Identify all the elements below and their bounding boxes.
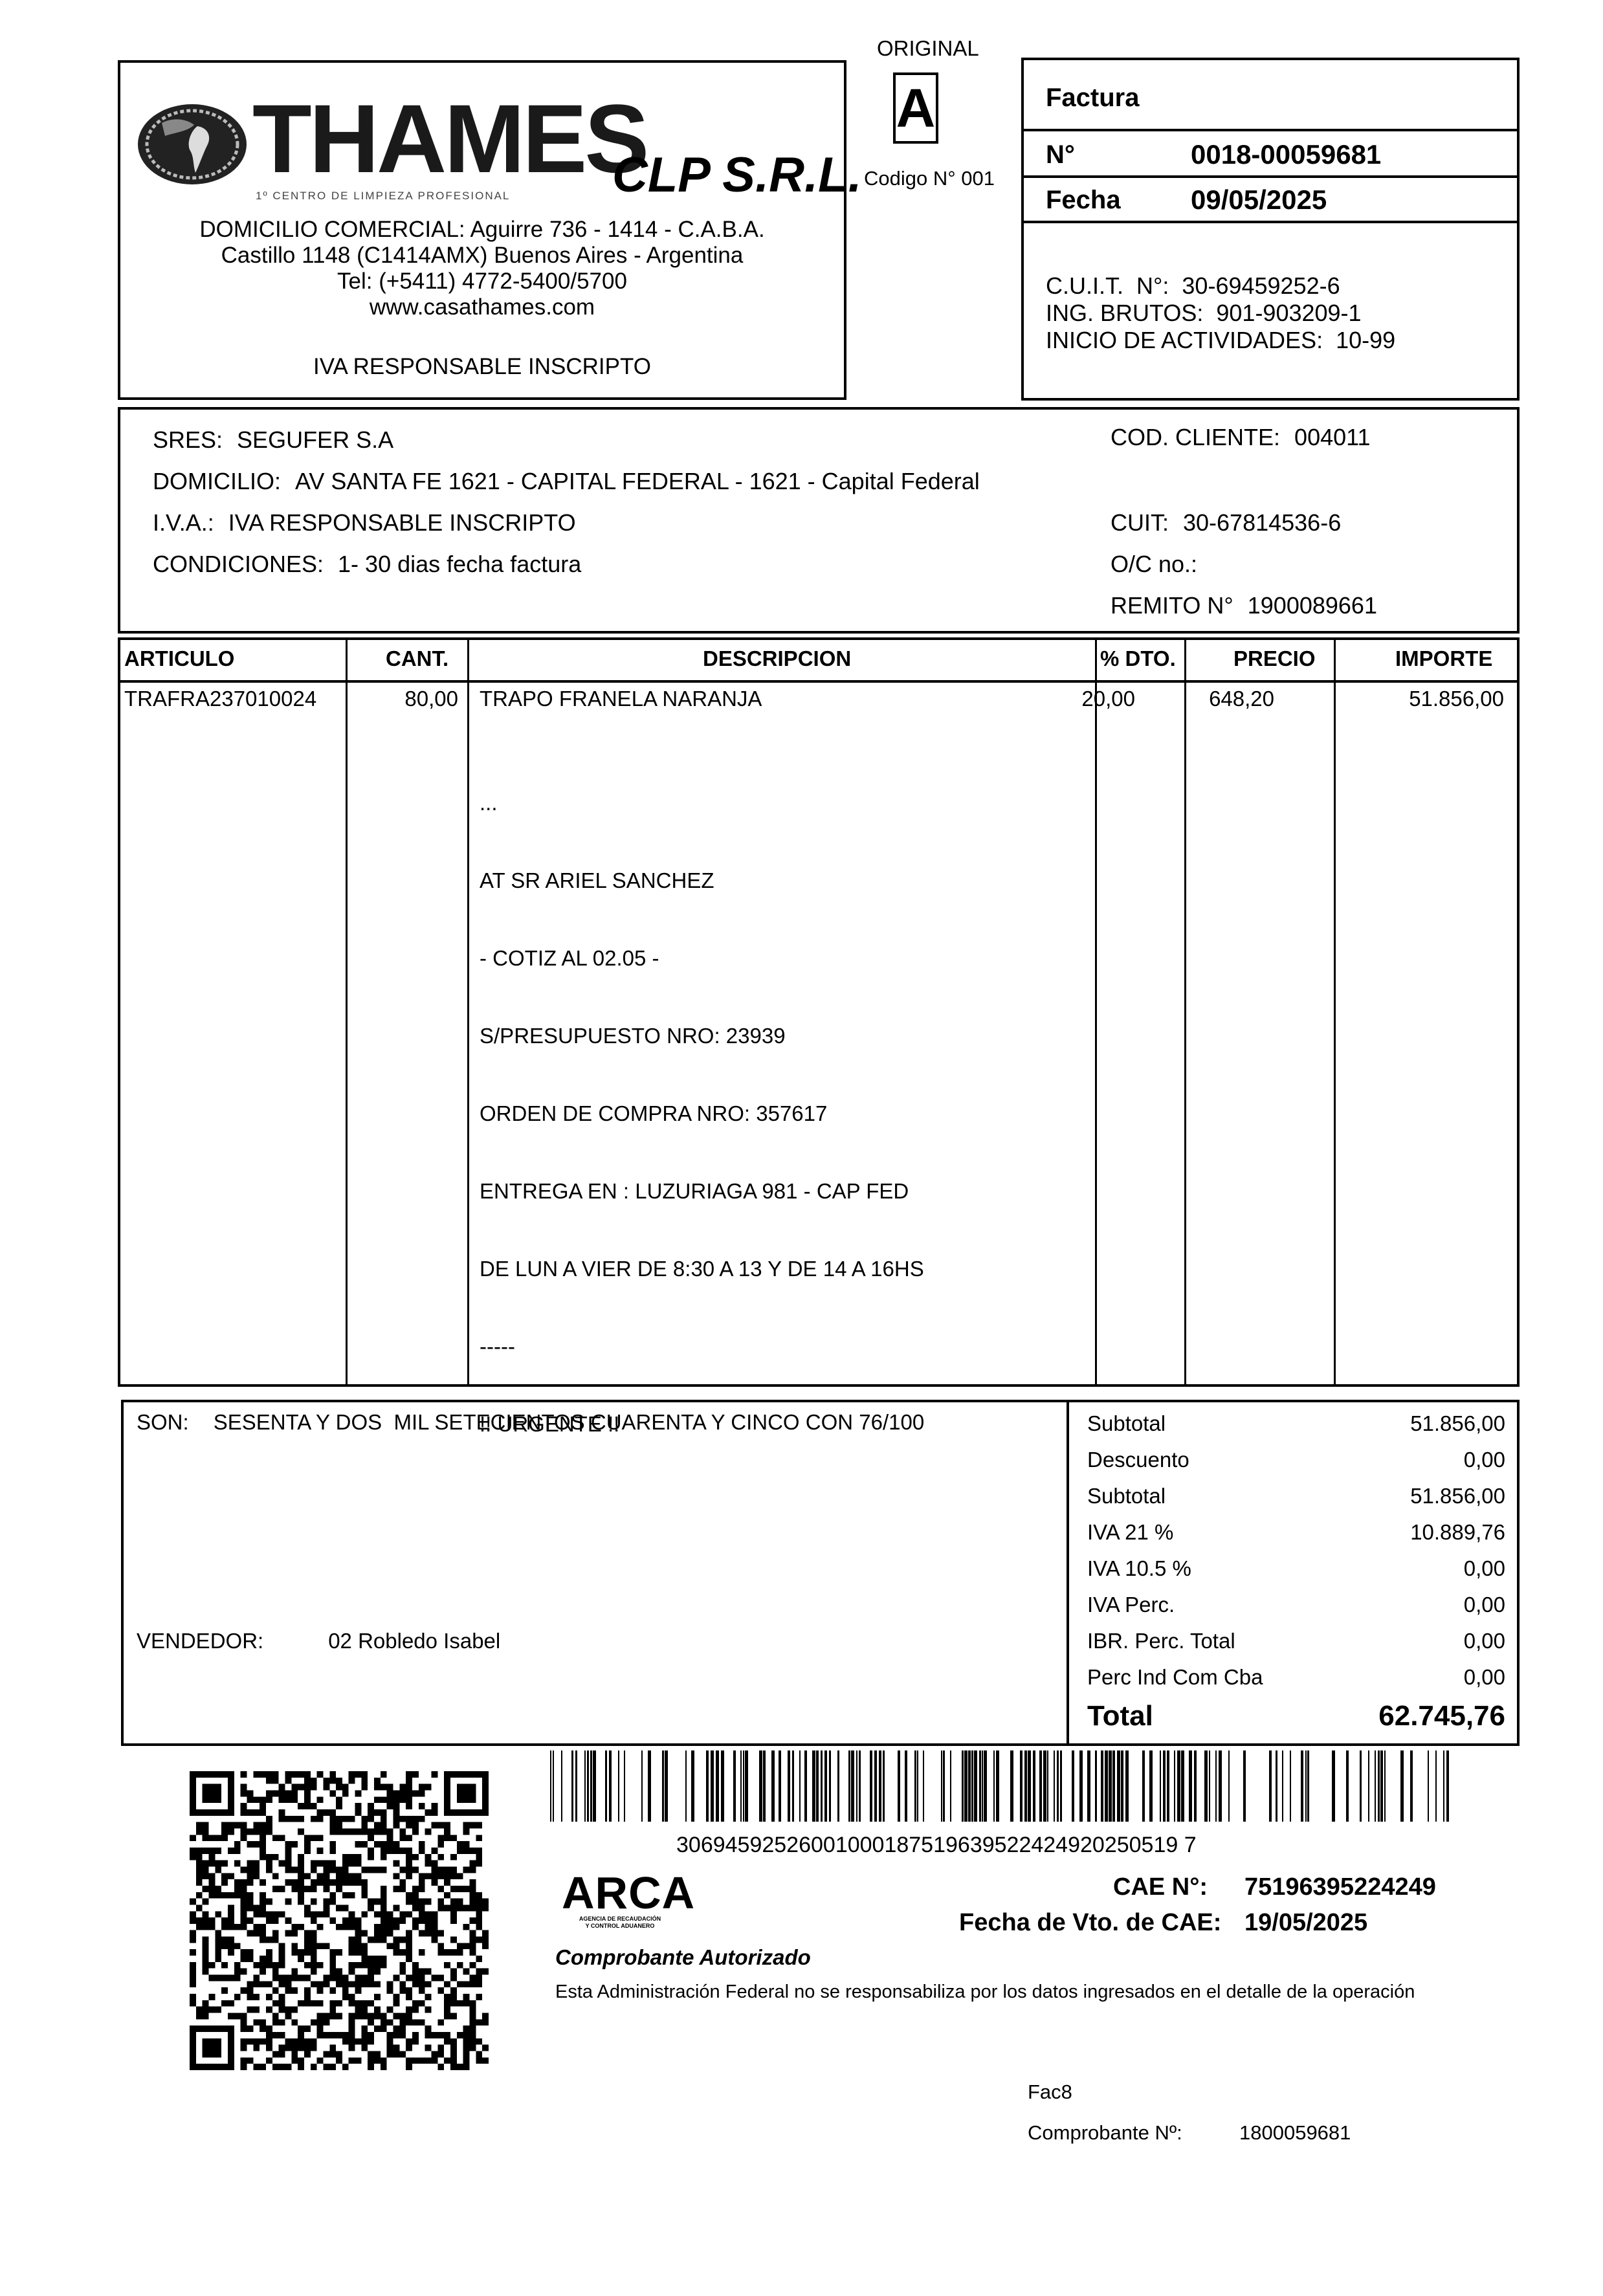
client-code-label: COD. CLIENTE: (1111, 424, 1280, 450)
item-descripcion: TRAPO FRANELA NARANJA (480, 687, 762, 711)
client-iva: IVA RESPONSABLE INSCRIPTO (228, 509, 576, 536)
column-header-cantidad: CANT. (386, 646, 448, 671)
invoice-letter-box: A (893, 72, 938, 144)
client-conditions: 1- 30 dias fecha factura (338, 551, 581, 577)
amount-in-words: SESENTA Y DOS MIL SETECIENTOS CUARENTA Y… (214, 1410, 925, 1434)
invoice-type-row: Factura (1024, 60, 1517, 131)
totals-label: Subtotal (1087, 1411, 1166, 1436)
seller-row: VENDEDOR:02 Robledo Isabel (137, 1629, 500, 1653)
amount-in-words-label: SON: (137, 1410, 189, 1434)
note-line: ----- (480, 1334, 924, 1360)
totals-value: 0,00 (1464, 1593, 1505, 1617)
totals-row: IBR. Perc. Total0,00 (1087, 1629, 1505, 1653)
totals-value: 0,00 (1464, 1665, 1505, 1690)
client-iva-row: I.V.A.:IVA RESPONSABLE INSCRIPTO (153, 509, 576, 536)
cae-number: 75196395224249 (1244, 1873, 1436, 1901)
grand-total-row: Total62.745,76 (1087, 1700, 1505, 1732)
client-box: SRES:SEGUFER S.A DOMICILIO:AV SANTA FE 1… (118, 407, 1520, 634)
grand-total-label: Total (1087, 1700, 1153, 1732)
company-box: THAMES 1º CENTRO DE LIMPIEZA PROFESIONAL… (118, 60, 846, 400)
totals-box: Subtotal51.856,00 Descuento0,00 Subtotal… (1067, 1400, 1520, 1746)
note-line: ENTREGA EN : LUZURIAGA 981 - CAP FED (480, 1178, 924, 1204)
thames-logo: THAMES 1º CENTRO DE LIMPIEZA PROFESIONAL (136, 94, 576, 197)
totals-label: IVA 21 % (1087, 1520, 1173, 1545)
totals-row: IVA Perc.0,00 (1087, 1593, 1505, 1617)
totals-value: 10.889,76 (1410, 1520, 1505, 1545)
client-code-row: COD. CLIENTE:004011 (1111, 424, 1371, 451)
totals-row: IVA 21 %10.889,76 (1087, 1520, 1505, 1545)
inicio-actividades-line: INICIO DE ACTIVIDADES: 10-99 (1046, 327, 1395, 354)
totals-value: 0,00 (1464, 1556, 1505, 1581)
disclaimer: Esta Administración Federal no se respon… (555, 1981, 1415, 2003)
client-cuit: 30-67814536-6 (1183, 509, 1341, 536)
client-conditions-label: CONDICIONES: (153, 551, 324, 577)
client-cuit-label: CUIT: (1111, 509, 1169, 536)
company-name: CLP S.R.L. (612, 147, 862, 203)
invoice-date-label: Fecha (1046, 186, 1121, 215)
arca-logo: ARCA AGENCIA DE RECAUDACIÓN Y CONTROL AD… (562, 1870, 695, 1930)
client-name: SEGUFER S.A (237, 426, 393, 453)
invoice-number: 0018-00059681 (1191, 139, 1381, 170)
totals-label: Subtotal (1087, 1484, 1166, 1508)
note-line: S/PRESUPUESTO NRO: 23939 (480, 1023, 924, 1049)
totals-row: Subtotal51.856,00 (1087, 1411, 1505, 1436)
note-line: ... (480, 790, 924, 816)
totals-label: Perc Ind Com Cba (1087, 1665, 1263, 1690)
client-iva-label: I.V.A.: (153, 509, 214, 536)
client-code: 004011 (1294, 424, 1370, 450)
column-header-articulo: ARTICULO (124, 646, 234, 671)
ing-brutos-line: ING. BRUTOS: 901-903209-1 (1046, 300, 1395, 327)
client-name-label: SRES: (153, 426, 223, 453)
column-header-precio: PRECIO (1233, 646, 1316, 671)
barcode-icon (550, 1750, 1450, 1822)
column-header-descuento: % DTO. (1100, 646, 1176, 671)
grand-total: 62.745,76 (1378, 1700, 1505, 1732)
barcode-number: 3069459252600100018751963952242492025051… (676, 1833, 1197, 1858)
company-address: DOMICILIO COMERCIAL: Aguirre 736 - 1414 … (120, 217, 844, 320)
arca-subtitle: Y CONTROL ADUANERO (562, 1923, 678, 1930)
comprobante-label: Comprobante Nº: (1028, 2121, 1182, 2145)
note-line: DE LUN A VIER DE 8:30 A 13 Y DE 14 A 16H… (480, 1256, 924, 1282)
totals-label: IBR. Perc. Total (1087, 1629, 1235, 1653)
company-website: www.casathames.com (120, 294, 844, 320)
totals-label: IVA Perc. (1087, 1593, 1175, 1617)
note-line: - COTIZ AL 02.05 - (480, 945, 924, 971)
item-precio: 648,20 (1209, 687, 1274, 711)
client-cuit-row: CUIT:30-67814536-6 (1111, 509, 1341, 536)
invoice-number-row: N° 0018-00059681 (1024, 131, 1517, 178)
totals-row: Descuento0,00 (1087, 1448, 1505, 1472)
company-address-line: Castillo 1148 (C1414AMX) Buenos Aires - … (120, 243, 844, 269)
invoice-number-label: N° (1046, 140, 1075, 170)
items-table: ARTICULO CANT. DESCRIPCION % DTO. PRECIO… (118, 637, 1520, 1387)
totals-label: IVA 10.5 % (1087, 1556, 1191, 1581)
arca-subtitle: AGENCIA DE RECAUDACIÓN (562, 1915, 678, 1923)
client-address-row: DOMICILIO:AV SANTA FE 1621 - CAPITAL FED… (153, 468, 980, 495)
client-address-label: DOMICILIO: (153, 468, 281, 494)
copy-label: ORIGINAL (877, 36, 979, 61)
item-notes: ... AT SR ARIEL SANCHEZ - COTIZ AL 02.05… (480, 738, 924, 1489)
invoice-info-box: Factura N° 0018-00059681 Fecha 09/05/202… (1021, 58, 1520, 401)
seller-name: 02 Robledo Isabel (328, 1629, 500, 1653)
note-line: ORDEN DE COMPRA NRO: 357617 (480, 1101, 924, 1127)
qr-code-icon (190, 1771, 489, 2070)
cae-expiry-date: 19/05/2025 (1244, 1909, 1367, 1937)
client-address: AV SANTA FE 1621 - CAPITAL FEDERAL - 162… (295, 468, 980, 494)
client-oc-row: O/C no.: (1111, 551, 1211, 578)
client-oc-label: O/C no.: (1111, 551, 1197, 577)
note-line: AT SR ARIEL SANCHEZ (480, 868, 924, 894)
item-descuento: 20,00 (1081, 687, 1135, 711)
totals-value: 51.856,00 (1410, 1484, 1505, 1508)
company-phone: Tel: (+5411) 4772-5400/5700 (120, 269, 844, 294)
amount-in-words-row: SON:SESENTA Y DOS MIL SETECIENTOS CUAREN… (137, 1410, 924, 1435)
arca-name: ARCA (562, 1870, 695, 1915)
client-name-row: SRES:SEGUFER S.A (153, 426, 393, 454)
cuit-line: C.U.I.T. N°: 30-69459252-6 (1046, 272, 1395, 300)
totals-value: 0,00 (1464, 1629, 1505, 1653)
company-iva-condition: IVA RESPONSABLE INSCRIPTO (120, 354, 844, 380)
column-header-descripcion: DESCRIPCION (703, 646, 851, 671)
comprobante-number: 1800059681 (1239, 2121, 1351, 2145)
item-cantidad: 80,00 (404, 687, 458, 711)
invoice-date-row: Fecha 09/05/2025 (1024, 178, 1517, 223)
invoice-date: 09/05/2025 (1191, 184, 1327, 215)
client-remito-row: REMITO N°1900089661 (1111, 592, 1377, 619)
column-header-importe: IMPORTE (1395, 646, 1492, 671)
client-conditions-row: CONDICIONES:1- 30 dias fecha factura (153, 551, 581, 578)
totals-row: Perc Ind Com Cba0,00 (1087, 1665, 1505, 1690)
cae-expiry-label: Fecha de Vto. de CAE: (959, 1909, 1221, 1937)
totals-label: Descuento (1087, 1448, 1189, 1472)
company-address-line: DOMICILIO COMERCIAL: Aguirre 736 - 1414 … (120, 217, 844, 243)
cae-label: CAE N°: (1113, 1873, 1208, 1901)
codigo-label: Codigo N° 001 (864, 167, 995, 190)
totals-value: 51.856,00 (1410, 1411, 1505, 1436)
item-articulo: TRAFRA237010024 (124, 687, 316, 711)
form-code: Fac8 (1028, 2081, 1072, 2104)
amount-in-words-box: SON:SESENTA Y DOS MIL SETECIENTOS CUAREN… (121, 1400, 1069, 1746)
totals-row: Subtotal51.856,00 (1087, 1484, 1505, 1508)
brand-tagline: 1º CENTRO DE LIMPIEZA PROFESIONAL (256, 190, 510, 203)
client-remito-label: REMITO N° (1111, 592, 1233, 619)
brand-name: THAMES (252, 90, 647, 187)
seller-label: VENDEDOR: (137, 1629, 263, 1653)
item-importe: 51.856,00 (1409, 687, 1504, 711)
authorized-label: Comprobante Autorizado (555, 1945, 811, 1970)
globe-icon (136, 100, 249, 188)
client-remito: 1900089661 (1248, 592, 1377, 619)
tax-info: C.U.I.T. N°: 30-69459252-6 ING. BRUTOS: … (1046, 272, 1395, 354)
totals-row: IVA 10.5 %0,00 (1087, 1556, 1505, 1581)
totals-value: 0,00 (1464, 1448, 1505, 1472)
invoice-type: Factura (1046, 83, 1140, 113)
